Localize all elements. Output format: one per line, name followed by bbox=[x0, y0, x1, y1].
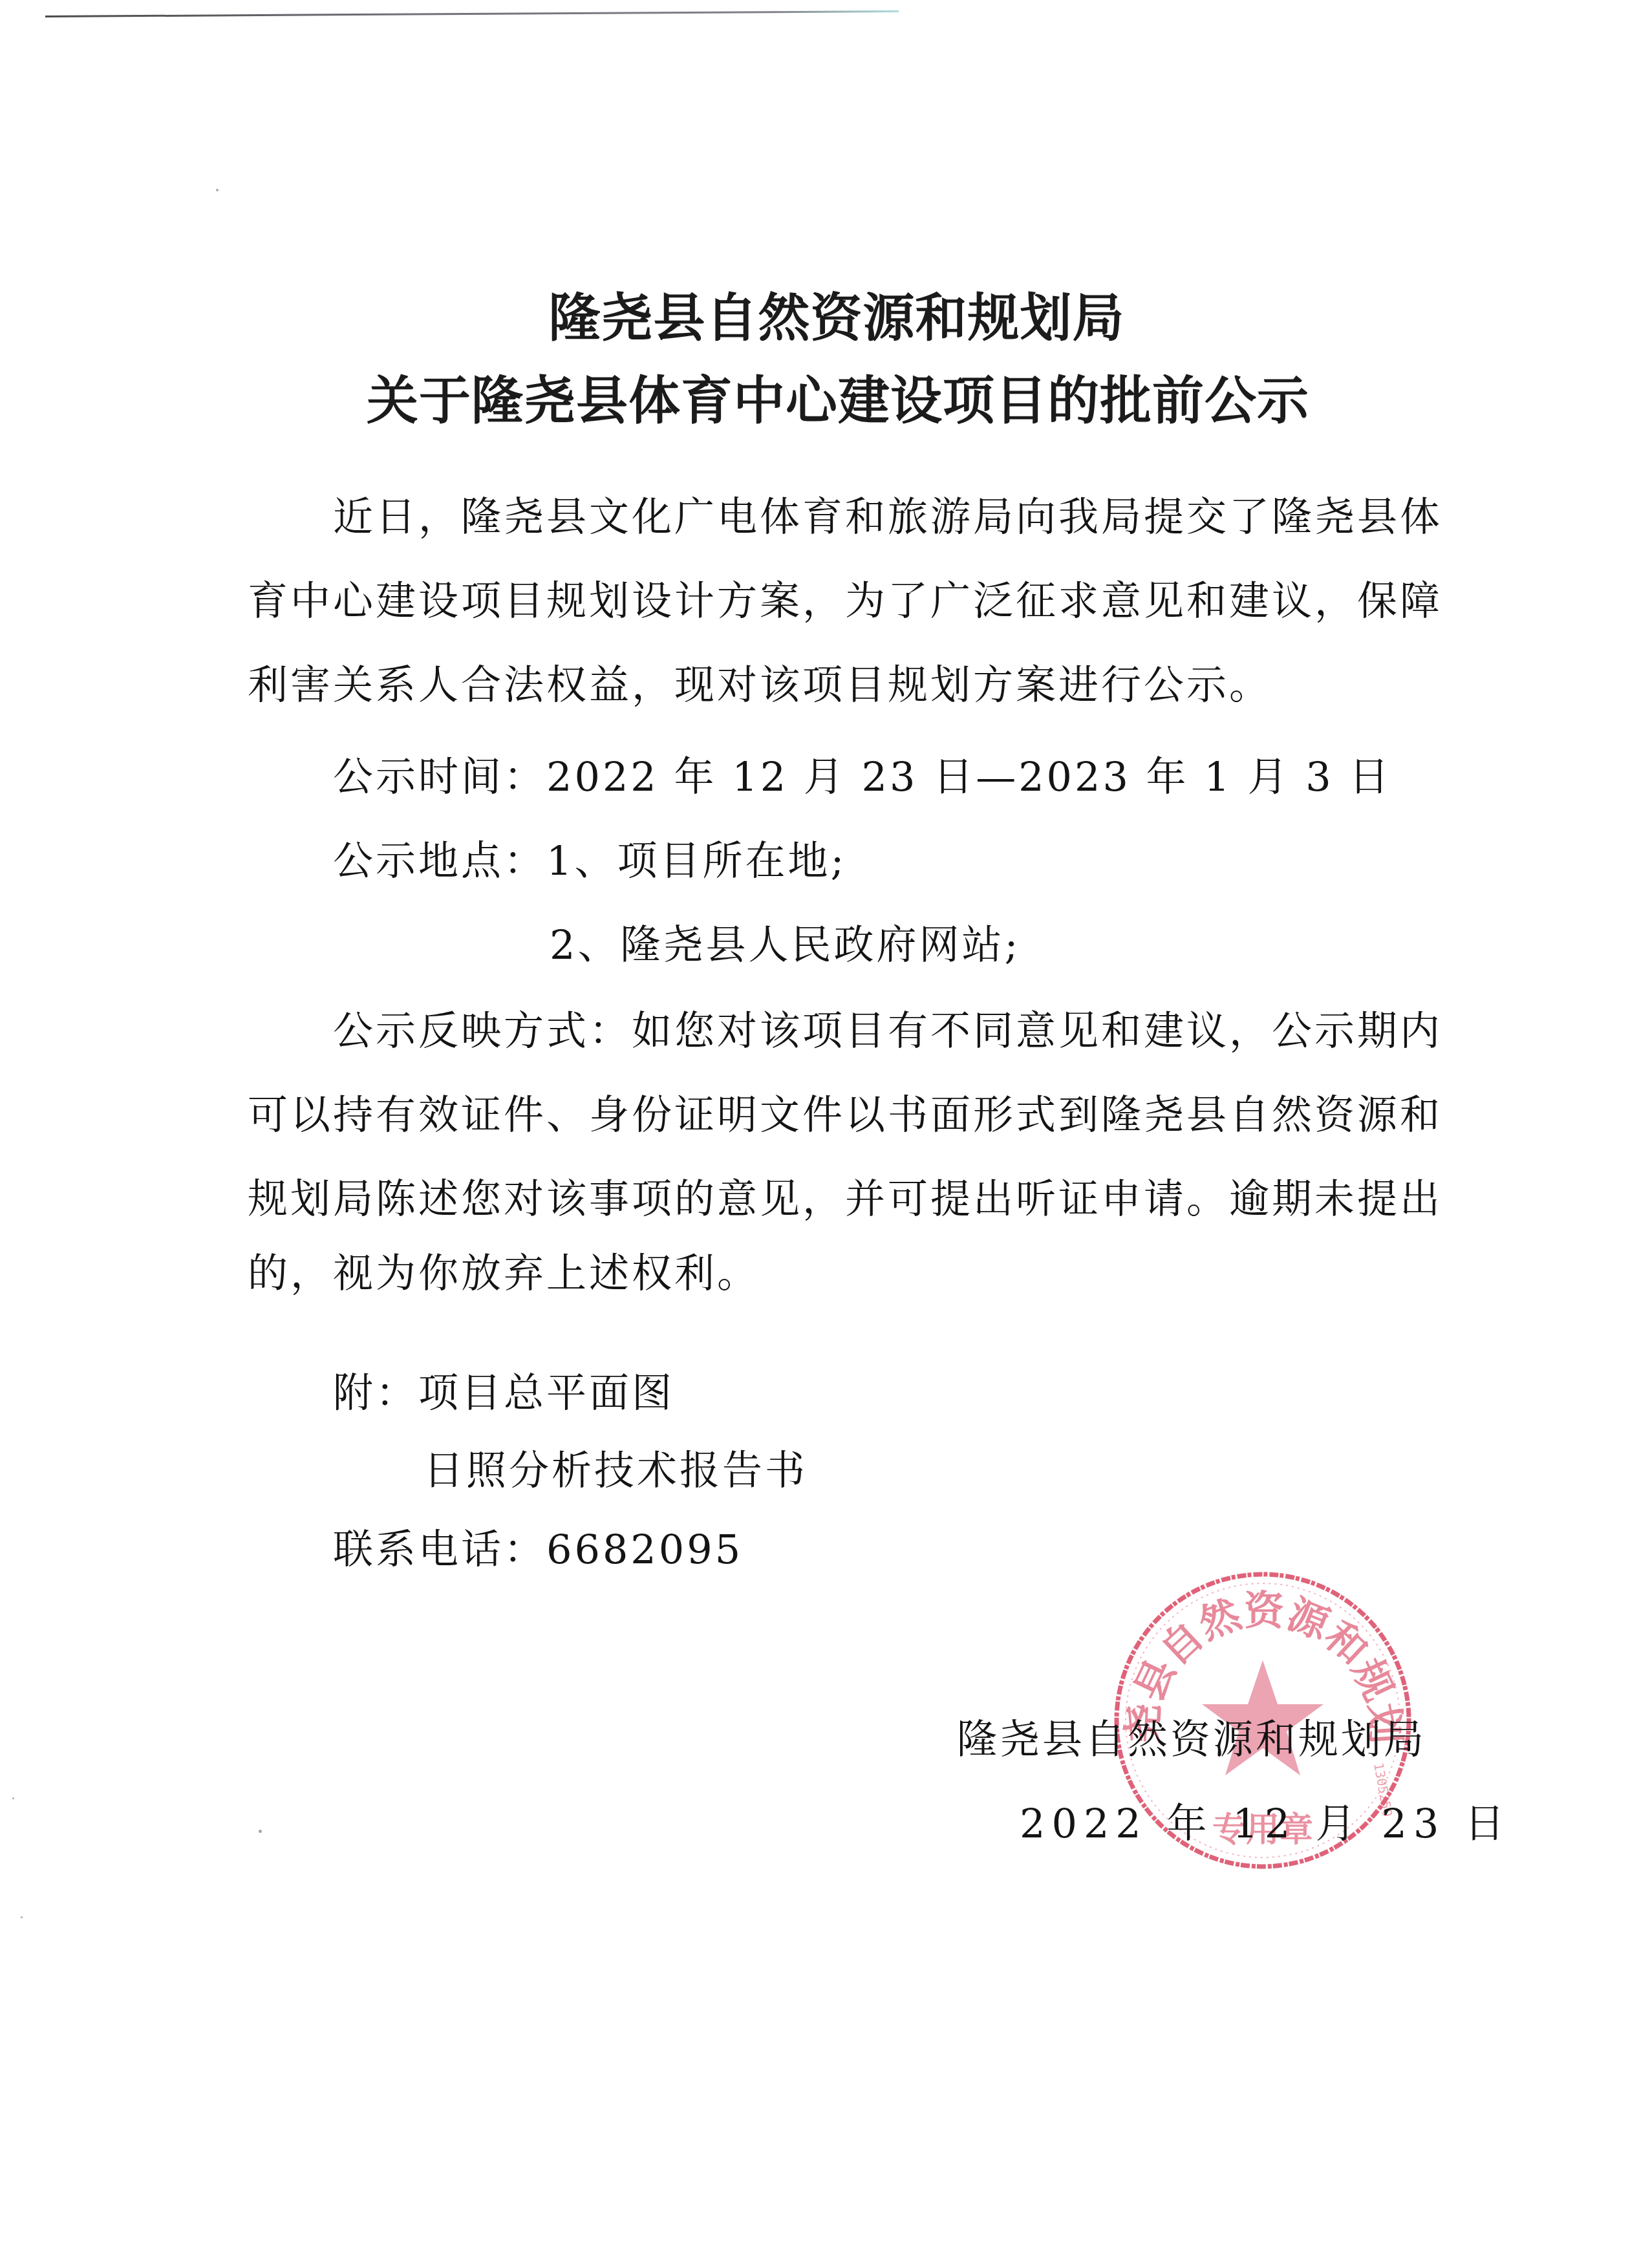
location-item-2: 2、隆尧县人民政府网站; bbox=[550, 903, 1020, 987]
document-title-line2: 关于隆尧县体育中心建设项目的批前公示 bbox=[13, 375, 1650, 427]
signature-date: 2022 年 12 月 23 日 bbox=[1020, 1804, 1511, 1844]
document-title-line1: 隆尧县自然资源和规划局 bbox=[12, 292, 1650, 344]
contact-phone-number: 6682095 bbox=[546, 1526, 743, 1573]
attachments-label: 附： bbox=[333, 1369, 418, 1417]
scan-speck bbox=[216, 189, 219, 191]
attachments: 附：项目总平面图 bbox=[333, 1351, 674, 1435]
intro-paragraph-line2: 育中心建设项目规划设计方案，为了广泛征求意见和建议，保障 bbox=[248, 559, 1442, 643]
announcement-period: 公示时间：2022 年 12 月 23 日—2023 年 1 月 3 日 bbox=[333, 735, 1391, 819]
announcement-period-value: 2022 年 12 月 23 日—2023 年 1 月 3 日 bbox=[546, 753, 1391, 800]
feedback-paragraph-line4: 的，视为你放弃上述权利。 bbox=[248, 1232, 760, 1316]
announcement-location-label: 公示地点： bbox=[333, 837, 546, 884]
scan-speck bbox=[12, 1797, 14, 1799]
announcement-period-label: 公示时间： bbox=[333, 753, 546, 800]
scan-edge-line bbox=[45, 10, 899, 17]
location-item-1: 1、项目所在地; bbox=[546, 837, 846, 884]
announcement-location: 公示地点：1、项目所在地; bbox=[333, 819, 846, 903]
contact-phone: 联系电话：6682095 bbox=[333, 1508, 743, 1592]
signature-organization: 隆尧县自然资源和规划局 bbox=[957, 1720, 1426, 1760]
contact-phone-label: 联系电话： bbox=[333, 1526, 546, 1573]
feedback-paragraph-line1: 公示反映方式：如您对该项目有不同意见和建议，公示期内 bbox=[333, 989, 1442, 1073]
scan-speck bbox=[259, 1830, 262, 1833]
document-page: 隆尧县自然资源和规划局 关于隆尧县体育中心建设项目的批前公示 近日，隆尧县文化广… bbox=[0, 0, 1650, 2268]
feedback-paragraph-line3: 规划局陈述您对该事项的意见，并可提出听证申请。逾期未提出 bbox=[248, 1157, 1442, 1241]
attachment-item-2: 日照分析技术报告书 bbox=[423, 1429, 808, 1513]
attachment-item-1: 项目总平面图 bbox=[418, 1369, 674, 1417]
intro-paragraph-line1: 近日，隆尧县文化广电体育和旅游局向我局提交了隆尧县体 bbox=[333, 475, 1442, 559]
feedback-paragraph-line2: 可以持有效证件、身份证明文件以书面形式到隆尧县自然资源和 bbox=[248, 1073, 1442, 1157]
scan-speck bbox=[21, 1916, 23, 1918]
intro-paragraph-line3: 利害关系人合法权益，现对该项目规划方案进行公示。 bbox=[248, 643, 1272, 727]
